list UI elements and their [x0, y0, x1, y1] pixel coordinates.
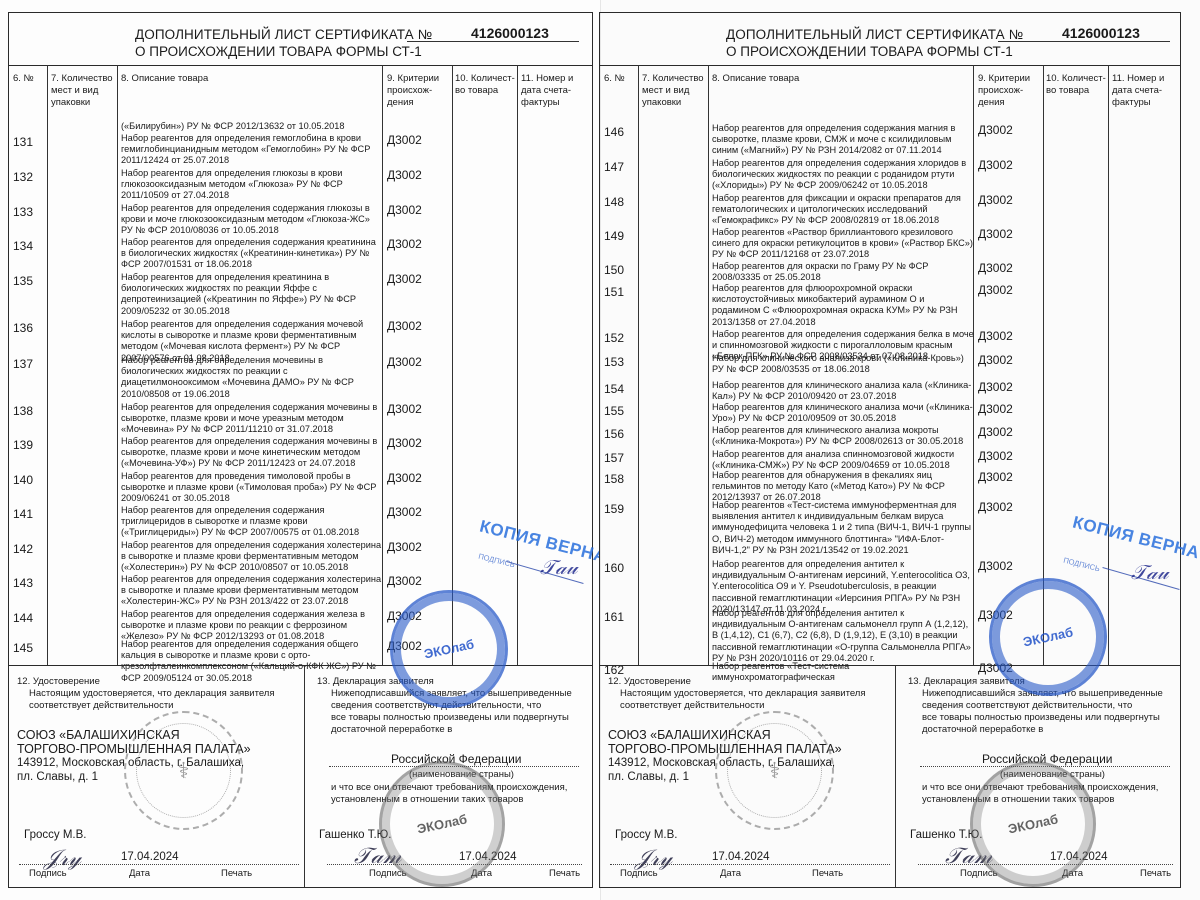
row-number: 152: [604, 331, 624, 345]
company-logo-blue: ЭКОлаб: [423, 636, 476, 661]
certificate-number: 4126000123: [471, 25, 549, 41]
row-origin-criteria: Д3002: [387, 505, 422, 519]
row-number: 139: [13, 438, 33, 452]
label-seal: Печать: [221, 868, 252, 880]
row-origin-criteria: Д3002: [978, 261, 1013, 275]
row-number: 131: [13, 135, 33, 149]
column-divider: [708, 65, 709, 665]
chamber-of-commerce-seal: ⚕: [124, 711, 243, 830]
label-signature: Подпись: [29, 868, 67, 880]
column-divider: [117, 65, 118, 665]
certificate-page-right: ДОПОЛНИТЕЛЬНЫЙ ЛИСТ СЕРТИФИКАТА № О ПРОИ…: [600, 0, 1200, 900]
row-description: Набор реагентов для определения содержан…: [121, 574, 383, 608]
caduceus-icon: ⚕: [769, 758, 781, 784]
label-date: Дата: [129, 868, 150, 880]
col-header-invoice: 11. Номер и дата счета-фактуры: [521, 73, 583, 109]
row-description: Набор реагентов для определения содержан…: [121, 203, 383, 237]
row-number: 136: [13, 321, 33, 335]
row-description: Набор реагентов для определения содержан…: [121, 237, 383, 271]
row-origin-criteria: Д3002: [978, 158, 1013, 172]
row-number: 149: [604, 229, 624, 243]
certification-heading: 12. Удостоверение: [608, 676, 691, 688]
row-description: Набор реагентов для определения содержан…: [121, 540, 383, 574]
certification-date: 17.04.2024: [712, 850, 770, 864]
copy-certified-signature: 𝒯𝒶𝓊: [1131, 560, 1169, 584]
row-number: 138: [13, 404, 33, 418]
row-number: 155: [604, 404, 624, 418]
declaration-text-2: сведения соответствуют действительности,…: [922, 700, 1132, 712]
row-description: Набор реагентов для определения глюкозы …: [121, 168, 383, 202]
row-number: 147: [604, 160, 624, 174]
col-header-quantity: 10. Количест-во товара: [1046, 73, 1108, 97]
row-description: Набор реагентов для определения содержан…: [121, 402, 383, 436]
row-number: 156: [604, 427, 624, 441]
row-number: 148: [604, 195, 624, 209]
signature-line: [19, 864, 299, 865]
row-origin-criteria: Д3002: [978, 283, 1013, 297]
declaration-label-seal: Печать: [1140, 868, 1171, 880]
row-origin-criteria: Д3002: [387, 272, 422, 286]
company-logo-blue: ЭКОлаб: [1022, 624, 1075, 649]
row-origin-criteria: Д3002: [387, 436, 422, 450]
row-number: 143: [13, 576, 33, 590]
col-header-packages: 7. Количество мест и вид упаковки: [51, 73, 113, 109]
certification-text-1: Настоящим удостоверяется, что декларация…: [620, 688, 866, 700]
title-line-2: О ПРОИСХОЖДЕНИИ ТОВАРА ФОРМЫ СТ-1: [135, 44, 422, 59]
row-description: Набор реагентов для определения содержан…: [121, 505, 383, 539]
row-origin-criteria: Д3002: [978, 402, 1013, 416]
col-header-invoice: 11. Номер и дата счета-фактуры: [1112, 73, 1174, 109]
certification-heading: 12. Удостоверение: [17, 676, 100, 688]
certifier-name: Гроссу М.В.: [615, 828, 677, 842]
row-number: 153: [604, 355, 624, 369]
company-logo: ЭКОлаб: [416, 811, 469, 836]
row-origin-criteria: Д3002: [978, 227, 1013, 241]
continued-description: («Билирубин») РУ № ФСР 2012/13632 от 10.…: [121, 121, 383, 132]
column-divider: [517, 65, 518, 665]
column-divider: [452, 65, 453, 665]
footer-divider: [304, 666, 305, 887]
org-address-2: пл. Славы, д. 1: [608, 770, 689, 784]
row-description: Набор реагентов для определения гемоглоб…: [121, 133, 383, 167]
row-origin-criteria: Д3002: [978, 500, 1013, 514]
certificate-page-left: ДОПОЛНИТЕЛЬНЫЙ ЛИСТ СЕРТИФИКАТА № О ПРОИ…: [0, 0, 600, 900]
row-description: Набор реагентов «Тест-система иммуноферм…: [712, 500, 974, 556]
row-description: Набор реагентов для определения антител …: [712, 608, 974, 664]
label-seal: Печать: [812, 868, 843, 880]
row-origin-criteria: Д3002: [387, 319, 422, 333]
row-number: 132: [13, 170, 33, 184]
row-origin-criteria: Д3002: [978, 380, 1013, 394]
title-block: ДОПОЛНИТЕЛЬНЫЙ ЛИСТ СЕРТИФИКАТА № О ПРОИ…: [600, 13, 1180, 66]
certification-text-1: Настоящим удостоверяется, что декларация…: [29, 688, 275, 700]
label-date: Дата: [720, 868, 741, 880]
row-number: 142: [13, 542, 33, 556]
row-number: 161: [604, 610, 624, 624]
row-origin-criteria: Д3002: [978, 425, 1013, 439]
signature-line: [610, 864, 890, 865]
row-number: 150: [604, 263, 624, 277]
row-origin-criteria: Д3002: [978, 559, 1013, 573]
column-divider: [638, 65, 639, 665]
col-header-quantity: 10. Количест-во товара: [455, 73, 517, 97]
row-description: Набор реагентов для определения содержан…: [712, 123, 974, 157]
row-origin-criteria: Д3002: [978, 123, 1013, 137]
certificate-sheet: ДОПОЛНИТЕЛЬНЫЙ ЛИСТ СЕРТИФИКАТА № О ПРОИ…: [599, 12, 1181, 888]
row-description: Набор реагентов для флюорохромной окраск…: [712, 283, 974, 328]
row-number: 159: [604, 502, 624, 516]
certificate-number-underline: [407, 41, 579, 42]
row-description: Набор реагентов для определения креатини…: [121, 272, 383, 317]
row-origin-criteria: Д3002: [387, 540, 422, 554]
certifier-name: Гроссу М.В.: [24, 828, 86, 842]
col-header-no: 6. №: [604, 73, 636, 85]
footer: 12. Удостоверение Настоящим удостоверяет…: [600, 665, 1180, 887]
row-origin-criteria: Д3002: [978, 470, 1013, 484]
row-description: Набор реагентов для определения содержан…: [121, 609, 383, 643]
row-description: Набор реагентов для определения мочевины…: [121, 355, 383, 400]
row-description: Набор реагентов для клинического анализа…: [712, 425, 974, 447]
certification-text-2: соответствует действительности: [620, 700, 765, 712]
row-description: Набор реагентов для определения антител …: [712, 559, 974, 615]
row-number: 144: [13, 611, 33, 625]
row-description: Набор реагентов для определения содержан…: [121, 436, 383, 470]
row-number: 157: [604, 451, 624, 465]
declaration-text-3: все товары полностью произведены или под…: [331, 712, 569, 724]
certification-text-2: соответствует действительности: [29, 700, 174, 712]
col-header-criteria: 9. Критерии происхож-дения: [387, 73, 449, 109]
certificate-number-underline: [998, 41, 1170, 42]
certificate-number: 4126000123: [1062, 25, 1140, 41]
footer-divider: [895, 666, 896, 887]
col-header-no: 6. №: [13, 73, 45, 85]
row-number: 141: [13, 507, 33, 521]
column-divider: [1043, 65, 1044, 665]
title-line-1: ДОПОЛНИТЕЛЬНЫЙ ЛИСТ СЕРТИФИКАТА №: [135, 27, 432, 42]
certification-date: 17.04.2024: [121, 850, 179, 864]
row-description: Набор реагентов для обнаружения в фекали…: [712, 470, 974, 504]
row-number: 137: [13, 357, 33, 371]
row-description: Набор реагентов для клинического анализа…: [712, 402, 974, 424]
chamber-of-commerce-seal: ⚕: [715, 711, 834, 830]
row-description: Набор реагентов для окраски по Граму РУ …: [712, 261, 974, 283]
company-logo: ЭКОлаб: [1007, 811, 1060, 836]
row-number: 133: [13, 205, 33, 219]
declaration-text-4: достаточной переработке в: [331, 724, 452, 736]
column-divider: [47, 65, 48, 665]
company-seal-declaration: ЭКОлаб: [379, 761, 505, 887]
row-origin-criteria: Д3002: [387, 237, 422, 251]
row-origin-criteria: Д3002: [387, 355, 422, 369]
row-description: Набор реагентов «Раствор бриллиантового …: [712, 227, 974, 261]
row-origin-criteria: Д3002: [387, 168, 422, 182]
company-seal-blue: ЭКОлаб: [390, 590, 508, 708]
declaration-text-4: достаточной переработке в: [922, 724, 1043, 736]
row-description: Набор реагентов для проведения тимоловой…: [121, 471, 383, 505]
declaration-text-3: все товары полностью произведены или под…: [922, 712, 1160, 724]
row-origin-criteria: Д3002: [387, 574, 422, 588]
row-origin-criteria: Д3002: [387, 471, 422, 485]
col-header-packages: 7. Количество мест и вид упаковки: [642, 73, 704, 109]
row-number: 134: [13, 239, 33, 253]
company-seal-declaration: ЭКОлаб: [970, 761, 1096, 887]
row-number: 135: [13, 274, 33, 288]
footer: 12. Удостоверение Настоящим удостоверяет…: [9, 665, 592, 887]
row-description: Набор реагентов для фиксации и окраски п…: [712, 193, 974, 227]
col-header-criteria: 9. Критерии происхож-дения: [978, 73, 1040, 109]
org-address-2: пл. Славы, д. 1: [17, 770, 98, 784]
row-number: 145: [13, 641, 33, 655]
title-block: ДОПОЛНИТЕЛЬНЫЙ ЛИСТ СЕРТИФИКАТА № О ПРОИ…: [9, 13, 592, 66]
declaration-label-seal: Печать: [549, 868, 580, 880]
row-description: Набор для клинического анализа крови («К…: [712, 353, 974, 375]
caduceus-icon: ⚕: [178, 758, 190, 784]
row-number: 140: [13, 473, 33, 487]
col-header-description: 8. Описание товара: [121, 73, 321, 85]
row-origin-criteria: Д3002: [978, 329, 1013, 343]
row-origin-criteria: Д3002: [387, 133, 422, 147]
copy-certified-signature: 𝒯𝒶𝓊: [540, 555, 578, 579]
column-divider: [1108, 65, 1109, 665]
row-origin-criteria: Д3002: [978, 193, 1013, 207]
row-description: Набор реагентов для анализа спинномозгов…: [712, 449, 974, 471]
certificate-sheet: ДОПОЛНИТЕЛЬНЫЙ ЛИСТ СЕРТИФИКАТА № О ПРОИ…: [8, 12, 593, 888]
row-number: 154: [604, 382, 624, 396]
row-description: Набор реагентов для определения содержан…: [712, 158, 974, 192]
row-origin-criteria: Д3002: [387, 203, 422, 217]
row-number: 146: [604, 125, 624, 139]
col-header-description: 8. Описание товара: [712, 73, 912, 85]
row-description: Набор реагентов для клинического анализа…: [712, 380, 974, 402]
row-origin-criteria: Д3002: [978, 353, 1013, 367]
title-line-2: О ПРОИСХОЖДЕНИИ ТОВАРА ФОРМЫ СТ-1: [726, 44, 1013, 59]
row-number: 151: [604, 285, 624, 299]
title-line-1: ДОПОЛНИТЕЛЬНЫЙ ЛИСТ СЕРТИФИКАТА №: [726, 27, 1023, 42]
row-origin-criteria: Д3002: [978, 449, 1013, 463]
row-number: 158: [604, 472, 624, 486]
row-number: 160: [604, 561, 624, 575]
label-signature: Подпись: [620, 868, 658, 880]
row-origin-criteria: Д3002: [387, 402, 422, 416]
company-seal-blue: ЭКОлаб: [989, 578, 1107, 696]
